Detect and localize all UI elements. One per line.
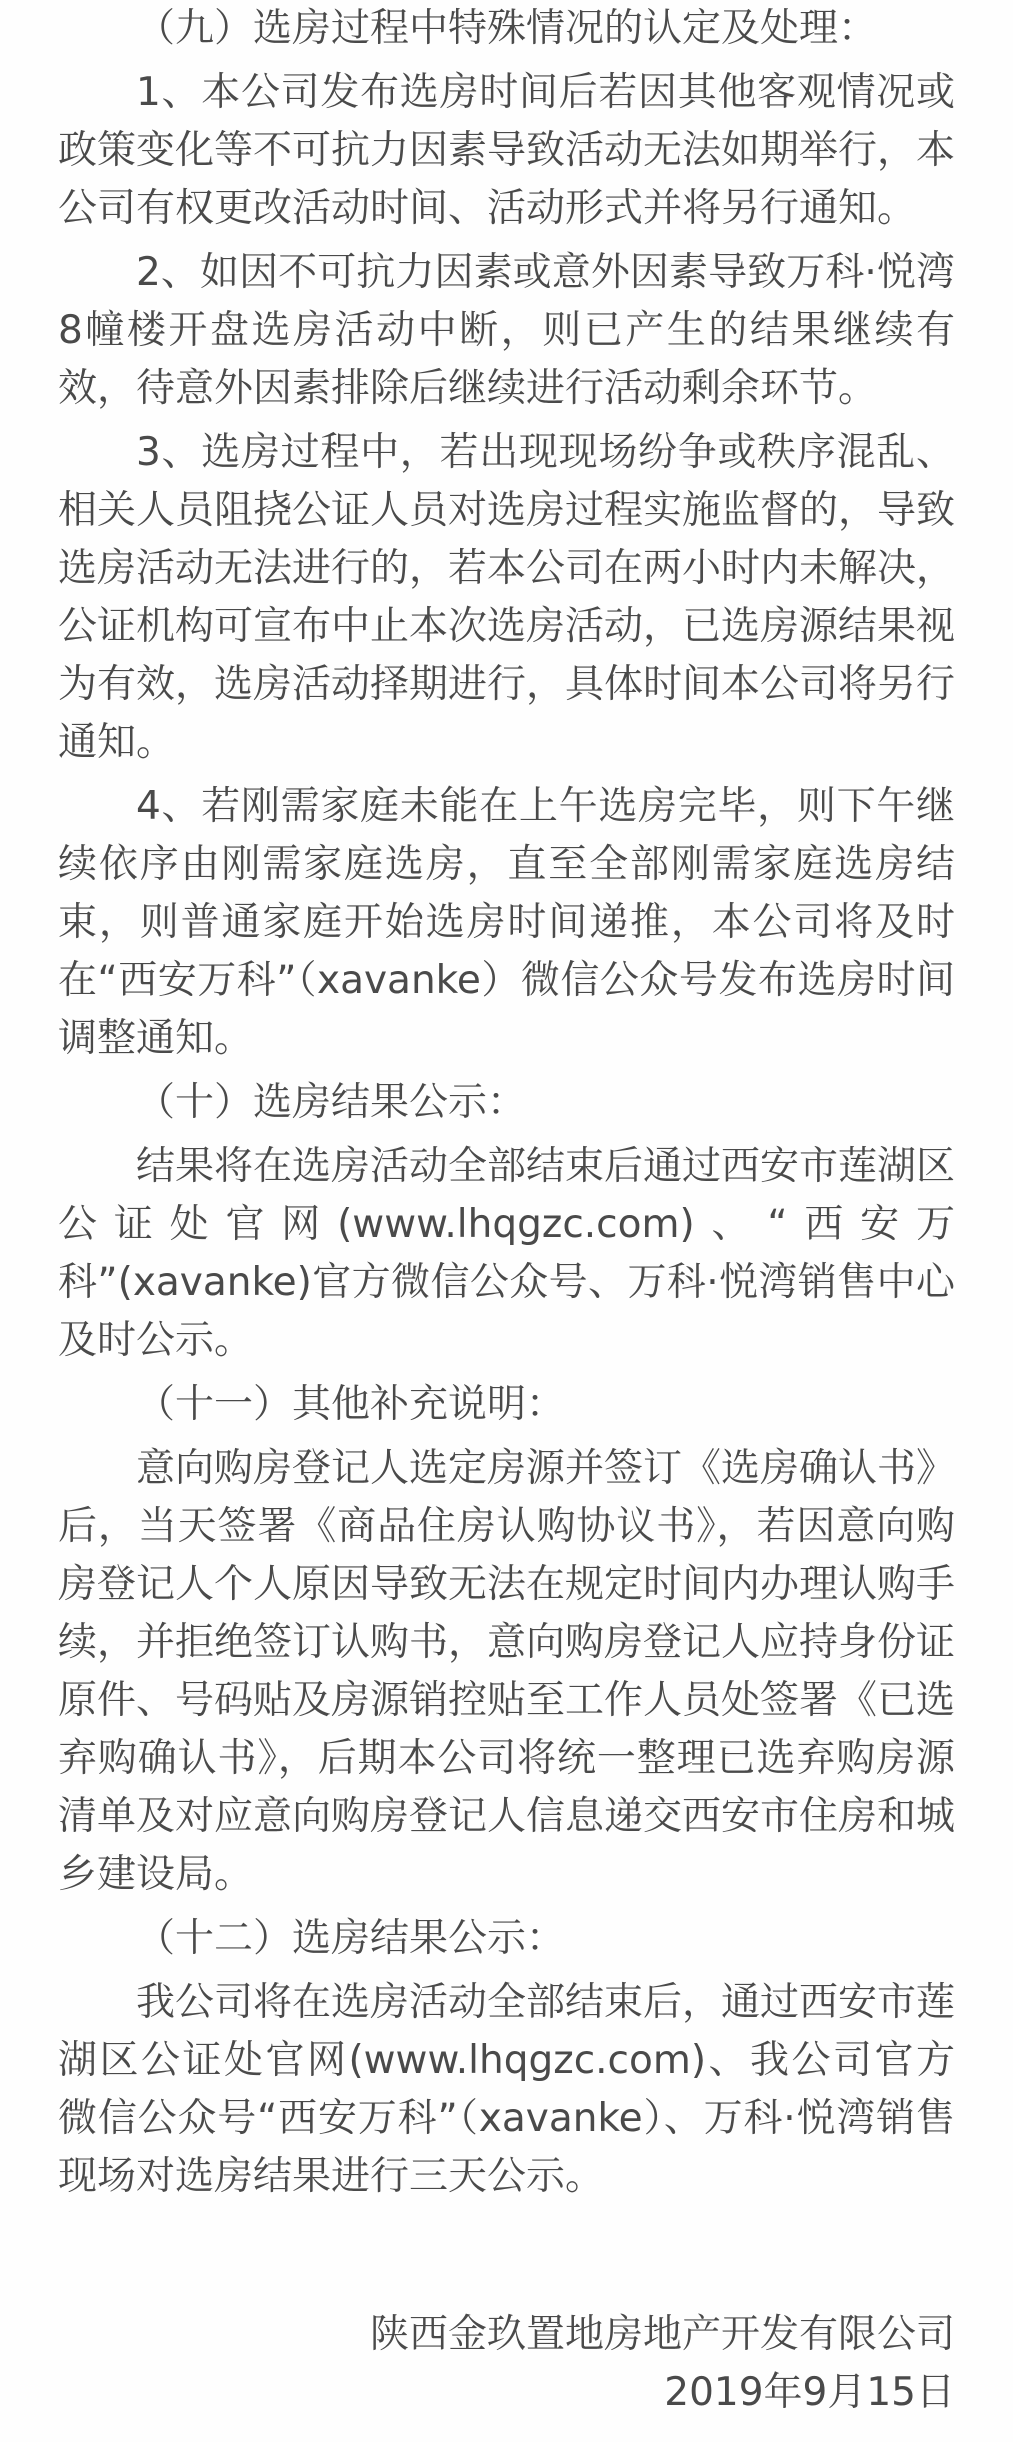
section-heading: （十二）选房结果公示： (58, 1910, 955, 1968)
body-paragraph: 我公司将在选房活动全部结束后，通过西安市莲湖区公证处官网(www.lhqgzc.… (58, 1974, 955, 2206)
signature-date: 2019年9月15日 (58, 2364, 955, 2422)
body-paragraph: 意向购房登记人选定房源并签订《选房确认书》后，当天签署《商品住房认购协议书》，若… (58, 1440, 955, 1904)
body-paragraph: 结果将在选房活动全部结束后通过西安市莲湖区公证处官网(www.lhqgzc.co… (58, 1138, 955, 1370)
company-name: 陕西金玖置地房地产开发有限公司 (58, 2306, 955, 2364)
section-heading: （九）选房过程中特殊情况的认定及处理： (58, 0, 955, 58)
section-heading: （十）选房结果公示： (58, 1074, 955, 1132)
body-paragraph: 1、本公司发布选房时间后若因其他客观情况或政策变化等不可抗力因素导致活动无法如期… (58, 64, 955, 238)
body-paragraph: 4、若刚需家庭未能在上午选房完毕，则下午继续依序由刚需家庭选房，直至全部刚需家庭… (58, 778, 955, 1068)
document-body: （九）选房过程中特殊情况的认定及处理：1、本公司发布选房时间后若因其他客观情况或… (58, 0, 955, 2422)
body-paragraph: 3、选房过程中，若出现现场纷争或秩序混乱、相关人员阻挠公证人员对选房过程实施监督… (58, 424, 955, 772)
notice-page: （九）选房过程中特殊情况的认定及处理：1、本公司发布选房时间后若因其他客观情况或… (0, 0, 1013, 2442)
signature-block: 陕西金玖置地房地产开发有限公司 2019年9月15日 (58, 2306, 955, 2422)
section-heading: （十一）其他补充说明： (58, 1376, 955, 1434)
body-paragraph: 2、如因不可抗力因素或意外因素导致万科·悦湾8幢楼开盘选房活动中断，则已产生的结… (58, 244, 955, 418)
